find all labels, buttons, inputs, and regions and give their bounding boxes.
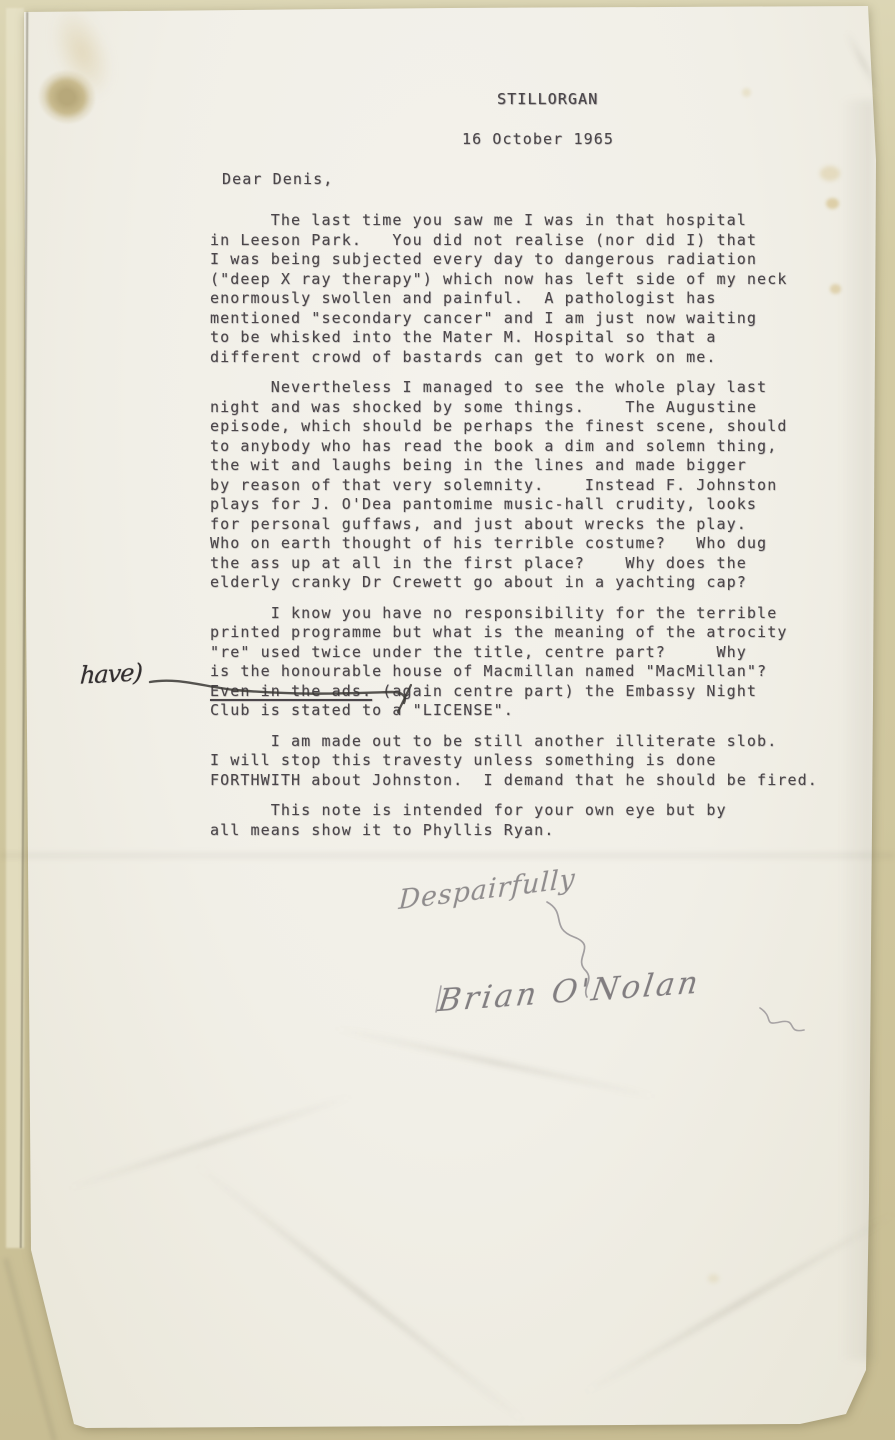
typed-text: by reason of that very solemnity. Instea… xyxy=(210,476,777,494)
letter-scan: STILLORGAN 16 October 1965 Dear Denis, T… xyxy=(0,0,895,1440)
fold-crease-horizontal xyxy=(0,852,895,859)
typed-text: I was being subjected every day to dange… xyxy=(210,250,757,268)
typed-text: plays for J. O'Dea pantomime music-hall … xyxy=(210,495,757,513)
typed-line: "re" used twice under the title, centre … xyxy=(210,643,890,663)
letter-body: The last time you saw me I was in that h… xyxy=(210,211,890,851)
typed-line: ("deep X ray therapy") which now has lef… xyxy=(210,270,890,290)
typed-text: The last time you saw me I was in that h… xyxy=(210,211,747,229)
typed-text: ("deep X ray therapy") which now has lef… xyxy=(210,270,787,288)
typed-line: elderly cranky Dr Crewett go about in a … xyxy=(210,573,890,593)
stain-spot xyxy=(826,198,839,209)
typed-text: the wit and laughs being in the lines an… xyxy=(210,456,747,474)
paragraph: The last time you saw me I was in that h… xyxy=(210,211,890,367)
typed-line: Even in the ads. (again centre part) the… xyxy=(210,682,890,702)
paragraph: This note is intended for your own eye b… xyxy=(210,801,890,840)
typed-text: I know you have no responsibility for th… xyxy=(210,604,777,622)
typed-text: This note is intended for your own eye b… xyxy=(210,801,727,819)
typed-text: Club is stated to a "LICENSE". xyxy=(210,701,514,719)
typed-text: I will stop this travesty unless somethi… xyxy=(210,751,717,769)
paragraph: Nevertheless I managed to see the whole … xyxy=(210,378,890,593)
typed-line: the ass up at all in the first place? Wh… xyxy=(210,554,890,574)
typed-text: enormously swollen and painful. A pathol… xyxy=(210,289,717,307)
stain-spot xyxy=(742,88,751,97)
typed-text: in Leeson Park. You did not realise (nor… xyxy=(210,231,757,249)
typed-text: the ass up at all in the first place? Wh… xyxy=(210,554,747,572)
typed-line: enormously swollen and painful. A pathol… xyxy=(210,289,890,309)
place-line: STILLORGAN xyxy=(497,90,598,110)
typed-text: Who on earth thought of his terrible cos… xyxy=(210,534,767,552)
typed-line: I will stop this travesty unless somethi… xyxy=(210,751,890,771)
typed-line: I was being subjected every day to dange… xyxy=(210,250,890,270)
typed-line: Nevertheless I managed to see the whole … xyxy=(210,378,890,398)
typed-line: night and was shocked by some things. Th… xyxy=(210,398,890,418)
typed-line: to be whisked into the Mater M. Hospital… xyxy=(210,328,890,348)
date-line: 16 October 1965 xyxy=(462,130,614,150)
typed-line: I know you have no responsibility for th… xyxy=(210,604,890,624)
typed-line: in Leeson Park. You did not realise (nor… xyxy=(210,231,890,251)
stain-spot xyxy=(708,1274,719,1283)
typed-line: the wit and laughs being in the lines an… xyxy=(210,456,890,476)
typed-line: I am made out to be still another illite… xyxy=(210,732,890,752)
typed-line: FORTHWITH about Johnston. I demand that … xyxy=(210,771,890,791)
typed-text: FORTHWITH about Johnston. I demand that … xyxy=(210,771,818,789)
typed-text: (again centre part) the Embassy Night xyxy=(372,682,757,700)
typed-line: by reason of that very solemnity. Instea… xyxy=(210,476,890,496)
typed-line: Who on earth thought of his terrible cos… xyxy=(210,534,890,554)
typed-line: episode, which should be perhaps the fin… xyxy=(210,417,890,437)
stain-spot xyxy=(820,166,840,181)
salutation: Dear Denis, xyxy=(222,170,333,190)
typed-text: printed programme but what is the meanin… xyxy=(210,623,787,641)
typed-text: to anybody who has read the book a dim a… xyxy=(210,437,777,455)
typed-text: I am made out to be still another illite… xyxy=(210,732,777,750)
typed-line: different crowd of bastards can get to w… xyxy=(210,348,890,368)
typed-line: The last time you saw me I was in that h… xyxy=(210,211,890,231)
typed-text: "re" used twice under the title, centre … xyxy=(210,643,747,661)
typed-text: for personal guffaws, and just about wre… xyxy=(210,515,747,533)
typed-text: all means show it to Phyllis Ryan. xyxy=(210,821,554,839)
typed-text: is the honourable house of Macmillan nam… xyxy=(210,662,767,680)
typed-line: for personal guffaws, and just about wre… xyxy=(210,515,890,535)
typed-text: Nevertheless I managed to see the whole … xyxy=(210,378,767,396)
typed-line: mentioned "secondary cancer" and I am ju… xyxy=(210,309,890,329)
typed-line: all means show it to Phyllis Ryan. xyxy=(210,821,890,841)
typed-line: printed programme but what is the meanin… xyxy=(210,623,890,643)
typed-line: This note is intended for your own eye b… xyxy=(210,801,890,821)
paragraph: I am made out to be still another illite… xyxy=(210,732,890,791)
typed-line: is the honourable house of Macmillan nam… xyxy=(210,662,890,682)
typed-text: to be whisked into the Mater M. Hospital… xyxy=(210,328,717,346)
typed-text: mentioned "secondary cancer" and I am ju… xyxy=(210,309,757,327)
typed-line: plays for J. O'Dea pantomime music-hall … xyxy=(210,495,890,515)
typed-text: episode, which should be perhaps the fin… xyxy=(210,417,787,435)
paragraph: I know you have no responsibility for th… xyxy=(210,604,890,721)
typed-line: Club is stated to a "LICENSE". xyxy=(210,701,890,721)
typed-line: to anybody who has read the book a dim a… xyxy=(210,437,890,457)
margin-note-handwritten: have) xyxy=(79,658,142,689)
typed-text: night and was shocked by some things. Th… xyxy=(210,398,757,416)
typed-text: elderly cranky Dr Crewett go about in a … xyxy=(210,573,747,591)
typed-text: different crowd of bastards can get to w… xyxy=(210,348,717,366)
underlined-phrase: Even in the ads. xyxy=(210,682,372,700)
